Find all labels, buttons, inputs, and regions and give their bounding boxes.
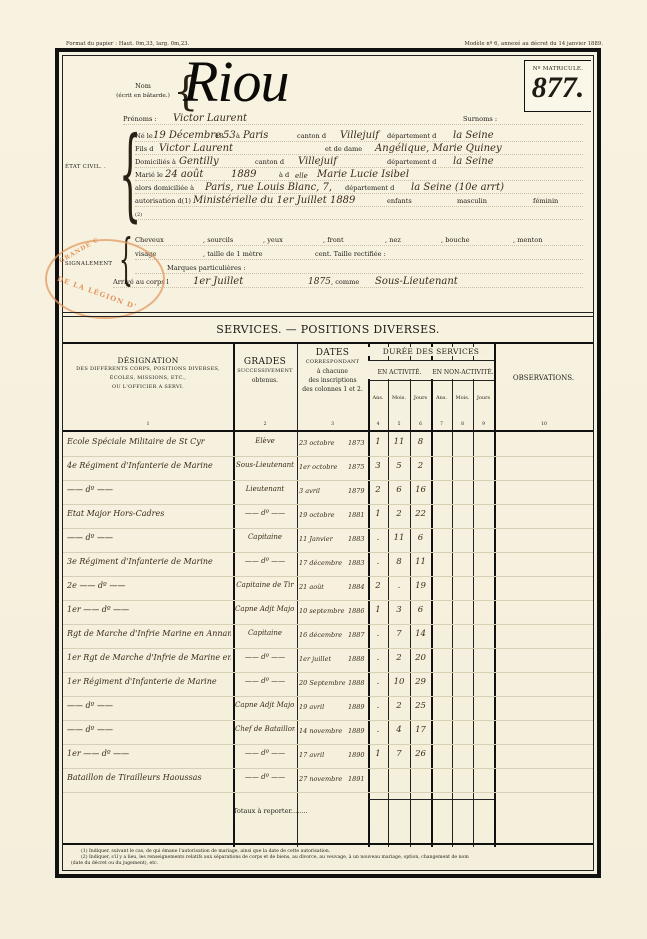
duree-title: DURÉE DES SERVICES: [368, 347, 494, 356]
cell-date: 21 août: [299, 583, 349, 591]
autorisation-row: autorisation d(1) Ministérielle du 1er J…: [135, 193, 583, 207]
domicile-canton-label: canton d: [255, 158, 284, 166]
marques-label: Marques particulières :: [167, 264, 246, 272]
grades-sub1: SUCCESSIVEMENT: [233, 367, 297, 376]
cell-designation: 3e Régiment d'Infanterie de Marine: [67, 557, 231, 566]
form-inner: Nom (écrit en bâtarde.) { Riou Nº MATRIC…: [62, 55, 594, 871]
prenoms-value: Victor Laurent: [173, 113, 247, 124]
designation-sub1: DES DIFFÉRENTS CORPS, POSITIONS DIVERSES…: [63, 365, 233, 374]
jours2-header: Jours: [473, 394, 494, 403]
ne-le-label: Né le: [135, 132, 153, 140]
section-separator: [63, 312, 593, 317]
cell-year: 1888: [348, 655, 368, 663]
dept-label: département d: [387, 132, 436, 140]
yeux-label: , yeux: [263, 236, 283, 244]
cell-ans: .: [368, 677, 388, 687]
cell-date: 20 Septembre: [299, 679, 349, 687]
activite-header-text: EN ACTIVITÉ.: [368, 368, 431, 377]
marie-label: Marié le: [135, 171, 163, 179]
naissance-row: Né le 19 Décembre 18 53 à Paris canton d…: [135, 128, 583, 142]
cell-jours: 6: [410, 533, 431, 543]
sourcils-label: , sourcils: [203, 236, 233, 244]
nom-label: Nom (écrit en bâtarde.): [103, 81, 183, 101]
note2-row: (2): [135, 206, 583, 220]
cell-mois: .: [388, 581, 410, 591]
table-row: École Spéciale Militaire de St CyrÉlève2…: [63, 433, 593, 457]
cell-grade: —— dº ——: [235, 557, 295, 565]
cell-grade: Chef de Bataillon: [235, 725, 295, 733]
autorisation-value: Ministérielle du 1er Juillet 1889: [193, 195, 355, 206]
cell-date: 19 octobre: [299, 511, 349, 519]
domicilies-label: Domiciliés à: [135, 158, 176, 166]
cell-designation: Bataillon de Tirailleurs Haoussas: [67, 773, 231, 782]
cell-ans: .: [368, 725, 388, 735]
designation-title: DÉSIGNATION: [63, 356, 233, 365]
cell-date: 1er octobre: [299, 463, 349, 471]
cell-year: 1886: [348, 607, 368, 615]
table-row: 1er Régiment d'Infanterie de Marine—— dº…: [63, 673, 593, 697]
surname-value: Riou: [183, 48, 289, 115]
totaux-label: Totaux à reporter........: [233, 807, 308, 815]
table-row: —— dº ——Lieutenant3 avril18792616: [63, 481, 593, 505]
nom-label-text: Nom: [103, 81, 183, 91]
birth-canton: Villejuif: [340, 130, 379, 141]
column-number: 1: [63, 422, 233, 427]
cell-year: 1873: [348, 439, 368, 447]
footnote-2-cont: (date du décret ou du jugement), etc.: [71, 861, 585, 867]
etat-civil-label: ÉTAT CIVIL. .: [65, 164, 106, 170]
cell-jours: 6: [410, 605, 431, 615]
model-note: Modèle nº 6, annexé au décret du 14 janv…: [464, 41, 603, 47]
header-designation: DÉSIGNATION DES DIFFÉRENTS CORPS, POSITI…: [63, 356, 233, 392]
signalement-row-2: visage , taille de 1 mètre cent. Taille …: [135, 246, 583, 260]
cell-ans: 2: [368, 581, 388, 591]
table-row: —— dº ——Capitaine11 Janvier1883.116: [63, 529, 593, 553]
duree-subheader-rule: [368, 380, 494, 381]
menton-label: , menton: [513, 236, 542, 244]
cell-ans: 1: [368, 437, 388, 447]
cell-date: 14 novembre: [299, 727, 349, 735]
cell-year: 1890: [348, 751, 368, 759]
cell-year: 1887: [348, 631, 368, 639]
table-row: —— dº ——Chef de Bataillon14 novembre1889…: [63, 721, 593, 745]
nom-sublabel-text: (écrit en bâtarde.): [103, 91, 183, 101]
cell-ans: .: [368, 701, 388, 711]
table-row: État Major Hors-Cadres—— dº ——19 octobre…: [63, 505, 593, 529]
cell-date: 3 avril: [299, 487, 349, 495]
cell-designation: École Spéciale Militaire de St Cyr: [67, 437, 231, 446]
spouse-dept: la Seine (10e arrt): [411, 182, 504, 193]
arrive-grade: Sous-Lieutenant: [375, 276, 458, 287]
nez-label: , nez: [385, 236, 401, 244]
comme-label: , comme: [331, 278, 359, 286]
footnotes: (1) Indiquer, suivant le cas, de qui éma…: [63, 843, 593, 870]
column-number: 4: [368, 422, 388, 427]
grades-title: GRADES: [233, 358, 297, 367]
document-page: Format du papier : Haut. 0m,33, larg. 0m…: [0, 0, 647, 939]
alors-domiciliee-label: alors domiciliée à: [135, 184, 194, 192]
column-number: 5: [388, 422, 410, 427]
column-number: 9: [473, 422, 494, 427]
table-row: 4e Régiment d'Infanterie de MarineSous-L…: [63, 457, 593, 481]
cell-grade: —— dº ——: [235, 677, 295, 685]
cell-mois: 11: [388, 437, 410, 447]
signalement-row-1: Cheveux , sourcils , yeux , front , nez …: [135, 232, 583, 246]
observations-header: OBSERVATIONS.: [494, 374, 593, 383]
table-row: 1er Rgt de Marche d'Infrie de Marine en …: [63, 649, 593, 673]
cell-jours: 19: [410, 581, 431, 591]
cell-ans: 2: [368, 485, 388, 495]
mother-name: Angélique, Marie Quiney: [375, 143, 502, 154]
spouse-dept-label: département d: [345, 184, 394, 192]
ans-header: Ans.: [368, 394, 388, 403]
parents-row: Fils d Victor Laurent et de dame Angéliq…: [135, 141, 583, 155]
cell-mois: 5: [388, 461, 410, 471]
cell-year: 1883: [348, 559, 368, 567]
mois2-header: Mois.: [452, 394, 473, 403]
header-dates: DATES CORRESPONDANT à chacune des inscri…: [297, 349, 368, 394]
cell-designation: 2e —— dº ——: [67, 581, 231, 590]
cell-designation: —— dº ——: [67, 485, 231, 494]
mother-label: et de dame: [325, 145, 362, 153]
birth-year-suffix: 53: [223, 130, 236, 141]
cell-designation: 1er Régiment d'Infanterie de Marine: [67, 677, 231, 686]
cell-date: 27 novembre: [299, 775, 349, 783]
cell-date: 17 décembre: [299, 559, 349, 567]
cell-grade: —— dº ——: [235, 749, 295, 757]
dates-sub3: des inscriptions: [297, 376, 368, 385]
cell-jours: 20: [410, 653, 431, 663]
cell-grade: Sous-Lieutenant: [235, 461, 295, 469]
cell-jours: 26: [410, 749, 431, 759]
cell-date: 19 avril: [299, 703, 349, 711]
cell-grade: —— dº ——: [235, 773, 295, 781]
spouse-domicile-row: alors domiciliée à Paris, rue Louis Blan…: [135, 180, 583, 194]
cell-year: 1879: [348, 487, 368, 495]
table-row: 1er —— dº ———— dº ——17 avril18901726: [63, 745, 593, 769]
cell-designation: Rgt de Marche d'Infrie Marine en Annam: [67, 629, 231, 638]
domicile-dept-label: département d: [387, 158, 436, 166]
birth-place: Paris: [243, 130, 268, 141]
cell-designation: 1er Rgt de Marche d'Infrie de Marine en …: [67, 653, 231, 662]
header-bottom-rule: [63, 430, 593, 432]
cell-year: 1883: [348, 535, 368, 543]
cell-year: 1881: [348, 511, 368, 519]
father-name: Victor Laurent: [159, 143, 233, 154]
column-number: 10: [494, 422, 594, 427]
cell-mois: 3: [388, 605, 410, 615]
matricule-box: Nº MATRICULE. 877.: [524, 60, 591, 112]
cell-ans: 1: [368, 749, 388, 759]
dates-sub2: à chacune: [297, 367, 368, 376]
table-row: 1er —— dº ——Capne Adjt Major10 septembre…: [63, 601, 593, 625]
dates-title: DATES: [297, 349, 368, 358]
cell-mois: 2: [388, 653, 410, 663]
cell-designation: 1er —— dº ——: [67, 749, 231, 758]
services-title: SERVICES. — POSITIONS DIVERSES.: [63, 323, 593, 336]
column-number: 3: [297, 422, 368, 427]
header-duree: DURÉE DES SERVICES: [368, 347, 494, 356]
cell-grade: Élève: [235, 437, 295, 445]
fils-label: Fils d: [135, 145, 154, 153]
non-activite-header-text: EN NON-ACTIVITÉ.: [432, 368, 494, 377]
matricule-number: 877.: [525, 72, 591, 104]
autorisation-label: autorisation d(1): [135, 197, 191, 205]
grades-sub2: obtenus.: [233, 376, 297, 385]
column-number: 6: [410, 422, 431, 427]
cell-jours: 14: [410, 629, 431, 639]
cell-ans: 3: [368, 461, 388, 471]
cell-date: 1er juillet: [299, 655, 349, 663]
domicile-canton: Villejuif: [298, 156, 337, 167]
cell-year: 1884: [348, 583, 368, 591]
cell-mois: 10: [388, 677, 410, 687]
cell-grade: Capne Adjt Major: [235, 701, 295, 709]
totals-rule: [368, 799, 494, 800]
spouse-address: Paris, rue Louis Blanc, 7,: [205, 182, 332, 193]
front-label: , front: [323, 236, 344, 244]
cell-designation: —— dº ——: [67, 701, 231, 710]
cell-date: 11 Janvier: [299, 535, 349, 543]
cell-ans: 1: [368, 605, 388, 615]
enfants-label: enfants: [387, 197, 412, 205]
cell-jours: 29: [410, 677, 431, 687]
birth-dept: la Seine: [453, 130, 494, 141]
paper-format-note: Format du papier : Haut. 0m,33, larg. 0m…: [66, 41, 189, 47]
cell-ans: .: [368, 557, 388, 567]
mois-header: Mois.: [388, 394, 410, 403]
arrive-row: Arrivé au corps l 1er Juillet 1875 , com…: [113, 274, 583, 288]
cell-mois: 4: [388, 725, 410, 735]
cell-grade: Capitaine de Tir: [235, 581, 295, 589]
table-row: —— dº ——Capne Adjt Major19 avril1889.225: [63, 697, 593, 721]
spouse-name: Marie Lucie Isibel: [317, 169, 409, 180]
cell-designation: 4e Régiment d'Infanterie de Marine: [67, 461, 231, 470]
cell-jours: 11: [410, 557, 431, 567]
cell-grade: Capne Adjt Major: [235, 605, 295, 613]
prenoms-row: Prénoms : Victor Laurent Surnoms :: [123, 111, 583, 125]
cheveux-label: Cheveux: [135, 236, 164, 244]
masculin-label: masculin: [457, 197, 487, 205]
cell-year: 1891: [348, 775, 368, 783]
cell-year: 1875: [348, 463, 368, 471]
cell-jours: 2: [410, 461, 431, 471]
cell-ans: .: [368, 653, 388, 663]
cell-date: 16 décembre: [299, 631, 349, 639]
cell-designation: 1er —— dº ——: [67, 605, 231, 614]
cell-mois: 11: [388, 533, 410, 543]
cell-ans: .: [368, 533, 388, 543]
cell-grade: Capitaine: [235, 533, 295, 541]
birth-date: 19 Décembre: [153, 130, 221, 141]
table-row: Rgt de Marche d'Infrie Marine en AnnamCa…: [63, 625, 593, 649]
domicile-value: Gentilly: [179, 156, 219, 167]
column-number: 2: [233, 422, 297, 427]
a-label: à: [236, 132, 240, 140]
cell-date: 10 septembre: [299, 607, 349, 615]
domicile-row: Domiciliés à Gentilly canton d Villejuif…: [135, 154, 583, 168]
cell-jours: 22: [410, 509, 431, 519]
cell-grade: —— dº ——: [235, 509, 295, 517]
cell-ans: 1: [368, 509, 388, 519]
designation-sub2: ÉCOLES, MISSIONS, ETC.,: [63, 374, 233, 383]
canton-label: canton d: [297, 132, 326, 140]
cell-mois: 6: [388, 485, 410, 495]
feminin-label: féminin: [533, 197, 558, 205]
domicile-dept: la Seine: [453, 156, 494, 167]
marriage-date: 24 août: [165, 169, 203, 180]
spouse-prefix: elle: [295, 172, 308, 180]
cell-mois: 8: [388, 557, 410, 567]
cell-jours: 25: [410, 701, 431, 711]
cell-date: 17 avril: [299, 751, 349, 759]
dates-sub1: CORRESPONDANT: [297, 358, 368, 367]
cell-mois: 2: [388, 701, 410, 711]
cell-mois: 7: [388, 749, 410, 759]
services-table: DÉSIGNATION DES DIFFÉRENTS CORPS, POSITI…: [63, 342, 593, 847]
surnoms-label: Surnoms :: [463, 115, 497, 123]
cell-date: 23 octobre: [299, 439, 349, 447]
cell-grade: Lieutenant: [235, 485, 295, 493]
ans2-header: Ans.: [431, 394, 452, 403]
note2-marker: (2): [135, 212, 142, 218]
cell-year: 1889: [348, 727, 368, 735]
cell-ans: .: [368, 629, 388, 639]
cell-grade: —— dº ——: [235, 653, 295, 661]
cell-jours: 16: [410, 485, 431, 495]
cell-year: 1888: [348, 679, 368, 687]
arrive-date: 1er Juillet: [193, 276, 243, 287]
ad-label: à d: [279, 171, 289, 179]
column-number: 8: [452, 422, 473, 427]
taille-rectifiee-label: cent. Taille rectifiée :: [315, 250, 386, 258]
mariage-row: Marié le 24 août 1889 à d elle Marie Luc…: [135, 167, 583, 181]
designation-sub3: OU L'OFFICIER A SERVI.: [63, 383, 233, 392]
cell-mois: 7: [388, 629, 410, 639]
cell-designation: État Major Hors-Cadres: [67, 509, 231, 518]
dates-sub4: des colonnes 1 et 2.: [297, 385, 368, 394]
taille-label: , taille de 1 mètre: [203, 250, 262, 258]
marques-row: Marques particulières :: [135, 260, 583, 274]
header-grades: GRADES SUCCESSIVEMENT obtenus.: [233, 358, 297, 385]
cell-year: 1889: [348, 703, 368, 711]
cell-jours: 8: [410, 437, 431, 447]
cell-mois: 2: [388, 509, 410, 519]
form-frame: Nom (écrit en bâtarde.) { Riou Nº MATRIC…: [55, 48, 601, 878]
cell-grade: Capitaine: [235, 629, 295, 637]
table-row: 3e Régiment d'Infanterie de Marine—— dº …: [63, 553, 593, 577]
cell-jours: 17: [410, 725, 431, 735]
cell-designation: —— dº ——: [67, 533, 231, 542]
marriage-year: 1889: [231, 169, 256, 180]
jours-header: Jours: [410, 394, 431, 403]
column-number: 7: [431, 422, 452, 427]
arrive-year: 1875: [308, 277, 331, 287]
table-row: Bataillon de Tirailleurs Haoussas—— dº —…: [63, 769, 593, 793]
table-row: 2e —— dº ——Capitaine de Tir21 août18842.…: [63, 577, 593, 601]
bouche-label: , bouche: [441, 236, 469, 244]
cell-designation: —— dº ——: [67, 725, 231, 734]
